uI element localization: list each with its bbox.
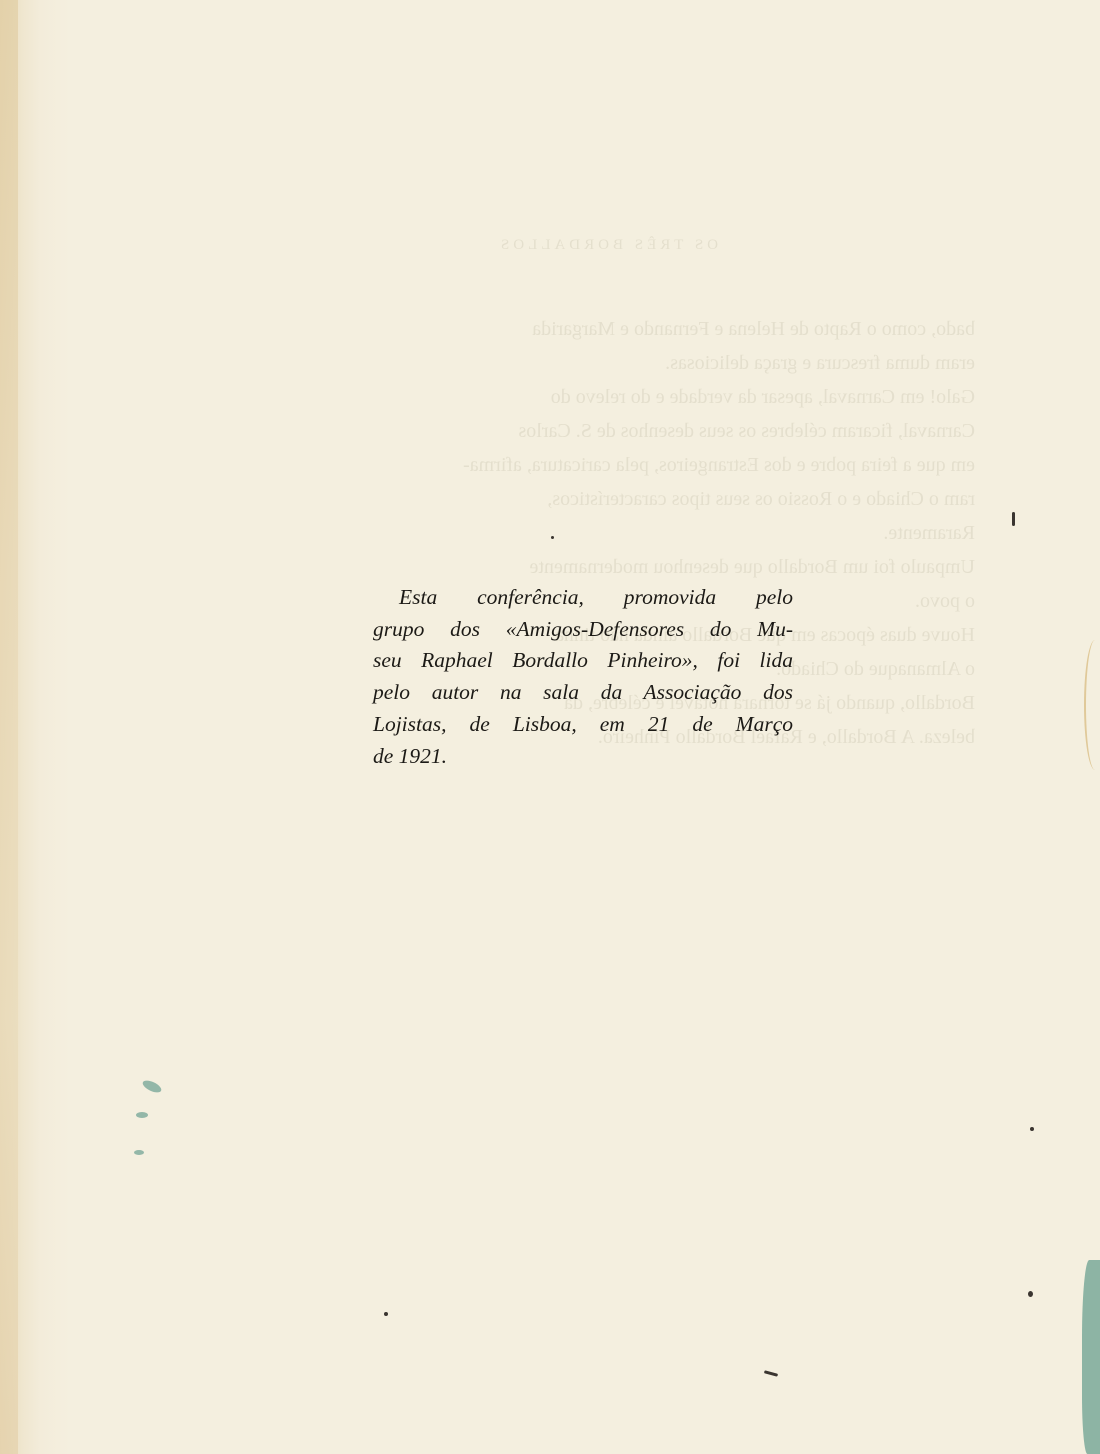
left-edge-stain [0,0,18,1454]
bleed-through-line: eram duma frescura e graça deliciosas. [240,346,975,380]
teal-stain [1082,1260,1100,1454]
note-line: Lojistas, de Lisboa, em 21 de Março [373,709,793,741]
note-line: pelo autor na sala da Associação dos [373,677,793,709]
ink-speck [1030,1127,1034,1131]
teal-spot [136,1112,148,1118]
ink-speck [384,1312,388,1316]
note-line: seu Raphael Bordallo Pinheiro», foi lida [373,645,793,677]
bleed-through-line: Umpaulo foi um Bordallo que desenhou mod… [240,550,975,584]
bleed-through-line: ram o Chiado e o Rossio os seus tipos ca… [240,482,975,516]
scanned-page: OS TRÊS BORDALLOS bado, como o Rapto de … [0,0,1100,1454]
bleed-through-title: OS TRÊS BORDALLOS [240,228,975,262]
note-line: grupo dos «Amigos-Defensores do Mu- [373,614,793,646]
bleed-through-line: Carnaval, ficaram célebres os seus desen… [240,414,975,448]
ink-speck [764,1370,778,1377]
ink-speck [1028,1291,1033,1297]
bleed-through-line: em que a feira pobre e dos Estrangeiros,… [240,448,975,482]
bleed-through-line: Raramente. [240,516,975,550]
teal-spot [141,1078,163,1095]
conference-note: Esta conferência, promovida pelo grupo d… [373,582,793,772]
right-edge-curl [1084,640,1100,770]
bleed-through-line: bado, como o Rapto de Helena e Fernando … [240,312,975,346]
note-line: Esta conferência, promovida pelo [373,582,793,614]
teal-spot [134,1150,144,1155]
note-line: de 1921. [373,741,793,773]
bleed-through-line: Galo! em Carnaval, apesar da verdade e d… [240,380,975,414]
ink-speck [1012,512,1015,526]
ink-speck [551,536,554,539]
